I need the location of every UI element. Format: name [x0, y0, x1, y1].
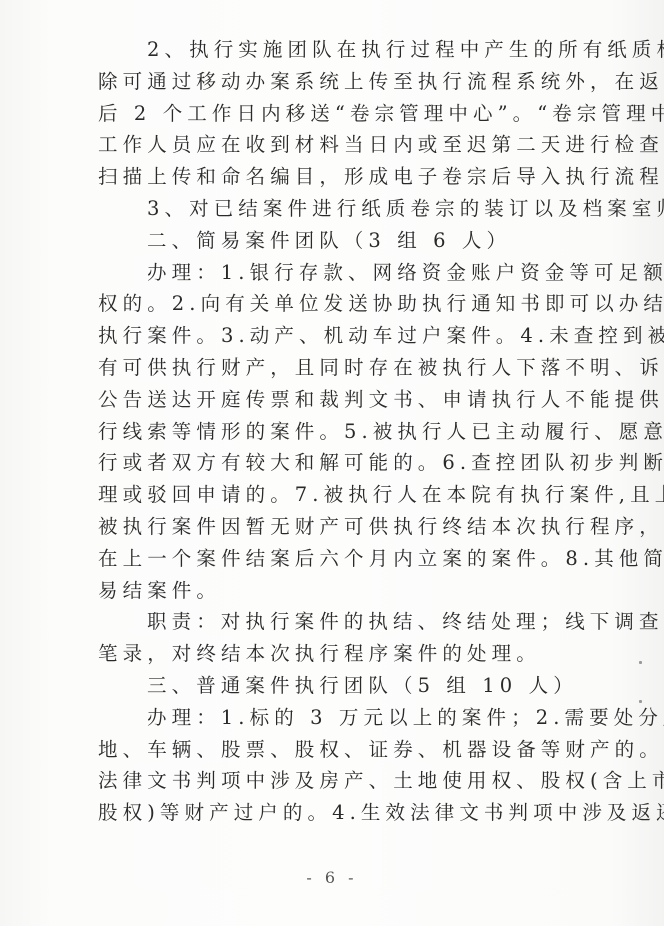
text-line: 办理：1.银行存款、网络资金账户资金等可足额清偿债: [98, 257, 568, 289]
text-line: 工作人员应在收到材料当日内或至迟第二天进行检查整理、: [98, 129, 568, 161]
text-line: 行或者双方有较大和解可能的。6.查控团队初步判断不予受: [98, 447, 568, 479]
scan-speck: [639, 700, 642, 703]
text-line: 后 2 个工作日内移送“卷宗管理中心”。“卷宗管理中心”: [98, 98, 568, 130]
text-line: 办理：1.标的 3 万元以上的案件；2.需要处分房产、土: [98, 702, 568, 734]
text-line: 公告送达开庭传票和裁判文书、申请执行人不能提供准确执: [98, 384, 568, 416]
text-line: 除可通过移动办案系统上传至执行流程系统外，在返回单位: [98, 66, 568, 98]
scan-speck: [639, 661, 642, 664]
text-line: 易结案件。: [98, 575, 568, 607]
text-line: 扫描上传和命名编目，形成电子卷宗后导入执行流程系统。: [98, 161, 568, 193]
text-line: 职责：对执行案件的执结、终结处理；线下调查，约谈: [98, 606, 568, 638]
text-line: 权的。2.向有关单位发送协助执行通知书即可以办结的行为: [98, 288, 568, 320]
text-line: 股权)等财产过户的。4.生效法律文书判项中涉及返还房产、: [98, 797, 568, 829]
text-line: 被执行案件因暂无财产可供执行终结本次执行程序，新案件: [98, 511, 568, 543]
section-heading-simple-cases: 二、简易案件团队（3 组 6 人）: [98, 225, 568, 257]
text-line: 理或驳回申请的。7.被执行人在本院有执行案件,且上一个: [98, 479, 568, 511]
document-page: 2、执行实施团队在执行过程中产生的所有纸质材料， 除可通过移动办案系统上传至执行…: [0, 0, 664, 926]
text-line: 3、对已结案件进行纸质卷宗的装订以及档案室归档。: [98, 193, 568, 225]
text-line: 行线索等情形的案件。5.被执行人已主动履行、愿意主动履: [98, 416, 568, 448]
text-line: 法律文书判项中涉及房产、土地使用权、股权(含上市公司: [98, 765, 568, 797]
text-line: 2、执行实施团队在执行过程中产生的所有纸质材料，: [98, 34, 568, 66]
text-line: 有可供执行财产，且同时存在被执行人下落不明、诉讼期间: [98, 352, 568, 384]
text-line: 在上一个案件结案后六个月内立案的案件。8.其他简单易执、: [98, 543, 568, 575]
section-heading-ordinary-cases: 三、普通案件执行团队（5 组 10 人）: [98, 670, 568, 702]
text-line: 执行案件。3.动产、机动车过户案件。4.未查控到被执行人: [98, 320, 568, 352]
text-line: 地、车辆、股票、股权、证券、机器设备等财产的。3.生效: [98, 734, 568, 766]
text-line: 笔录，对终结本次执行程序案件的处理。: [98, 638, 568, 670]
document-body: 2、执行实施团队在执行过程中产生的所有纸质材料， 除可通过移动办案系统上传至执行…: [98, 34, 568, 829]
page-number: - 6 -: [0, 868, 664, 887]
